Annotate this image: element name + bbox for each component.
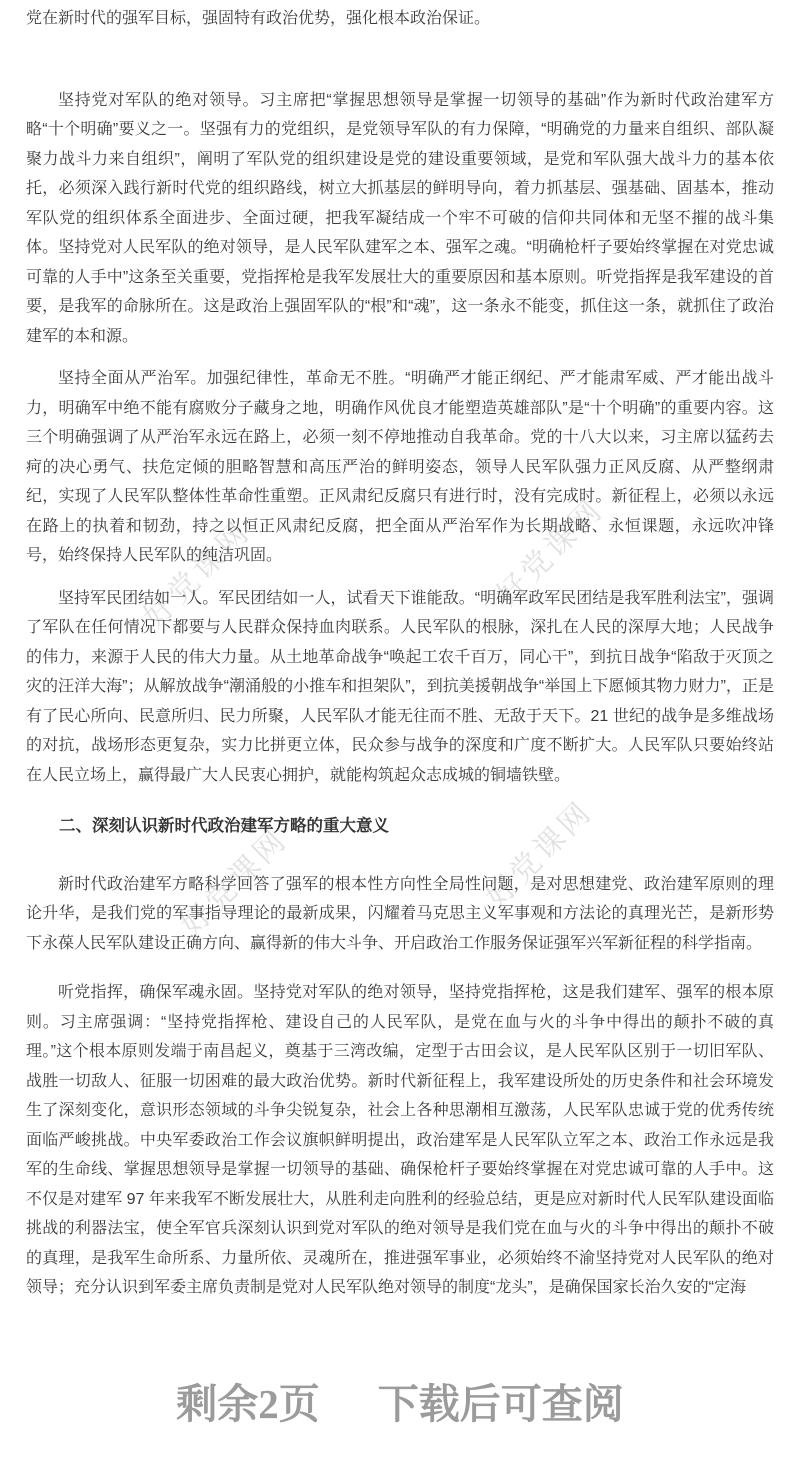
paragraph-party-leadership: 坚持党对军队的绝对领导。习主席把“掌握思想领导是掌握一切领导的基础”作为新时代政… (26, 86, 774, 352)
pages-remaining-banner: 剩余2页下载后可查阅 (0, 1379, 800, 1429)
paragraph-strict-governance: 坚持全面从严治军。加强纪律性，革命无不胜。“明确严才能正纲纪、严才能肃军威、严才… (26, 364, 774, 571)
paragraph-military-civilian-unity: 坚持军民团结如一人。军民团结如一人，试看天下谁能敌。“明确军政军民团结是我军胜利… (26, 584, 774, 791)
paragraph-obey-party-command: 听党指挥，确保军魂永固。坚持党对军队的绝对领导，坚持党指挥枪，这是我们建军、强军… (26, 978, 774, 1303)
download-hint-label: 下载后可查阅 (378, 1381, 624, 1427)
paragraph-strategy-significance: 新时代政治建军方略科学回答了强军的根本性方向性全局性问题，是对思想建党、政治建军… (26, 870, 774, 959)
paragraph-continuation: 党在新时代的强军目标，强固特有政治优势，强化根本政治保证。 (26, 4, 774, 34)
document-body: 党在新时代的强军目标，强固特有政治优势，强化根本政治保证。 坚持党对军队的绝对领… (0, 0, 800, 1303)
document-preview-page: 好党课网 好党课网 好党课网 好党课网 党在新时代的强军目标，强固特有政治优势，… (0, 0, 800, 1480)
pages-remaining-label: 剩余2页 (176, 1381, 320, 1427)
section-heading-2: 二、深刻认识新时代政治建军方略的重大意义 (26, 812, 774, 842)
